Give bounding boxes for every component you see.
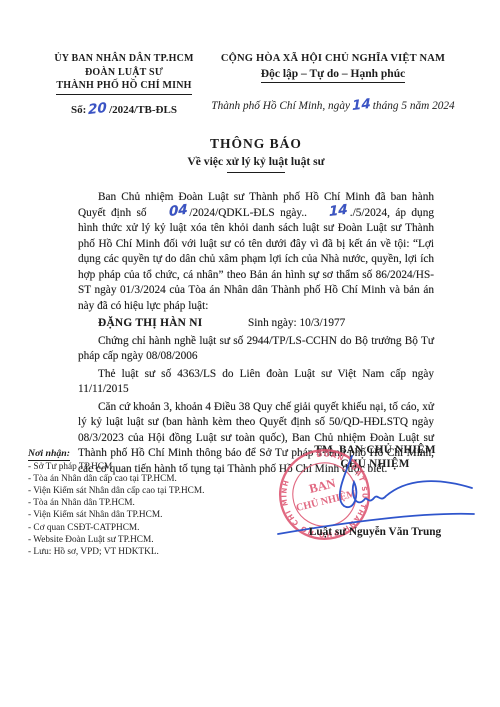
document-subtitle: Về việc xử lý kỷ luật luật sư [78,155,434,168]
recipient-item: - Viện Kiểm sát Nhân dân TP.HCM. [28,509,238,521]
signer-name: Luật sư Nguyễn Văn Trung [262,526,488,538]
document-page: ỦY BAN NHÂN DÂN TP.HCM ĐOÀN LUẬT SƯ THÀN… [0,0,500,707]
handwritten-decision-day: 14 [309,209,348,214]
paragraph-lawyer-card: Thẻ luật sư số 4363/LS do Liên đoàn Luật… [78,367,434,398]
document-title-block: THÔNG BÁO Về việc xử lý kỷ luật luật sư [78,136,434,173]
recipient-item: - Sở Tư pháp TP.HCM [28,461,238,473]
title-divider [227,172,285,173]
recipient-item: - Lưu: Hồ sơ, VPD; VT HDKTKL. [28,546,238,558]
document-body: Ban Chủ nhiệm Đoàn Luật sư Thành phố Hồ … [78,190,434,479]
lawyer-birthdate: Sinh ngày: 10/3/1977 [248,317,345,329]
national-motto-block: CỘNG HÒA XÃ HỘI CHỦ NGHĨA VIỆT NAM Độc l… [210,52,456,112]
recipient-item: - Tòa án Nhân dân TP.HCM. [28,497,238,509]
place-date-line: Thành phố Hồ Chí Minh, ngày14tháng 5 năm… [210,100,456,112]
handwritten-decision-number: 04 [149,209,188,214]
issuing-authority-block: ỦY BAN NHÂN DÂN TP.HCM ĐOÀN LUẬT SƯ THÀN… [46,52,202,116]
authority-line-2: ĐOÀN LUẬT SƯ [46,66,202,80]
motto-line: Độc lập – Tự do – Hạnh phúc [210,68,456,83]
country-title: CỘNG HÒA XÃ HỘI CHỦ NGHĨA VIỆT NAM [210,52,456,66]
authority-line-3: THÀNH PHỐ HỒ CHÍ MINH [46,79,202,95]
handwritten-day: 14 [352,103,371,105]
recipients-label: Nơi nhận: [28,448,238,460]
document-title: THÔNG BÁO [78,136,434,152]
recipient-item: - Website Đoàn Luật sư TP.HCM. [28,534,238,546]
recipient-item: - Viện Kiểm sát Nhân dân cấp cao tại TP.… [28,485,238,497]
recipient-item: - Tòa án Nhân dân cấp cao tại TP.HCM. [28,473,238,485]
lawyer-name: ĐẶNG THỊ HÀN NI [98,316,248,332]
recipient-item: - Cơ quan CSĐT-CATPHCM. [28,522,238,534]
paragraph-practice-certificate: Chứng chỉ hành nghề luật sư số 2944/TP/L… [78,334,434,365]
document-number: Số:20/2024/TB-ĐLS [46,104,202,116]
recipients-block: Nơi nhận: - Sở Tư pháp TP.HCM - Tòa án N… [28,448,238,558]
lawyer-identity-line: ĐẶNG THỊ HÀN NISinh ngày: 10/3/1977 [78,316,434,332]
authority-line-1: ỦY BAN NHÂN DÂN TP.HCM [46,52,202,66]
handwritten-document-number: 20 [88,108,107,110]
paragraph-decision: Ban Chủ nhiệm Đoàn Luật sư Thành phố Hồ … [78,190,434,314]
